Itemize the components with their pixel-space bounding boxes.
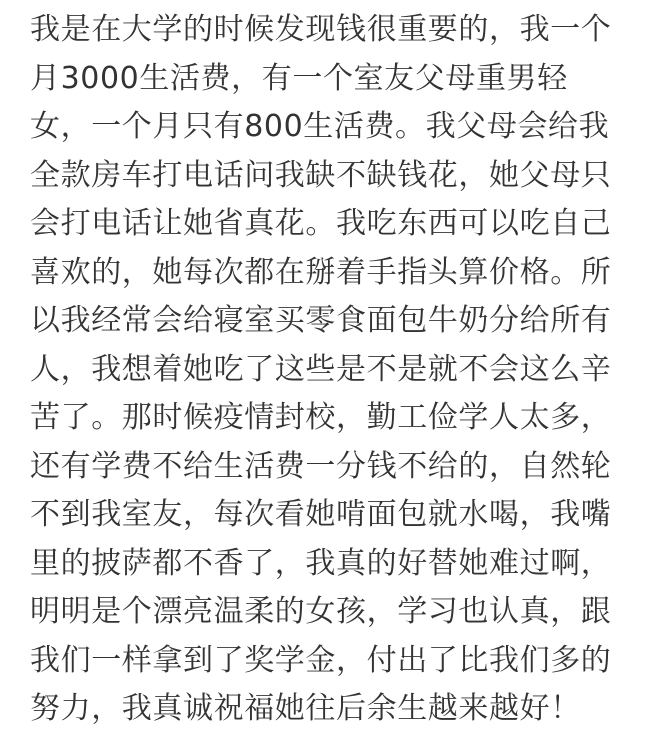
text-line: 会打电话让她省真花。我吃东西可以吃自己 (30, 200, 660, 249)
text-line: 以我经常会给寝室买零食面包牛奶分给所有 (30, 297, 660, 346)
text-line: 月3000生活费，有一个室友父母重男轻 (30, 55, 660, 104)
text-line: 喜欢的，她每次都在掰着手指头算价格。所 (30, 249, 660, 298)
post-text-block: 我是在大学的时候发现钱很重要的，我一个 月3000生活费，有一个室友父母重男轻 … (30, 6, 660, 734)
text-line: 女，一个月只有800生活费。我父母会给我 (30, 103, 660, 152)
text-line: 人，我想着她吃了这些是不是就不会这么辛 (30, 346, 660, 395)
text-line: 明明是个漂亮温柔的女孩，学习也认真，跟 (30, 588, 660, 637)
text-line: 苦了。那时候疫情封校，勤工俭学人太多， (30, 394, 660, 443)
text-line: 我是在大学的时候发现钱很重要的，我一个 (30, 6, 660, 55)
text-line: 还有学费不给生活费一分钱不给的，自然轮 (30, 443, 660, 492)
text-line: 全款房车打电话问我缺不缺钱花，她父母只 (30, 152, 660, 201)
text-line: 里的披萨都不香了，我真的好替她难过啊， (30, 540, 660, 589)
text-line: 努力，我真诚祝福她往后余生越来越好！ (30, 685, 660, 734)
text-line: 我们一样拿到了奖学金，付出了比我们多的 (30, 637, 660, 686)
text-line: 不到我室友，每次看她啃面包就水喝，我嘴 (30, 491, 660, 540)
